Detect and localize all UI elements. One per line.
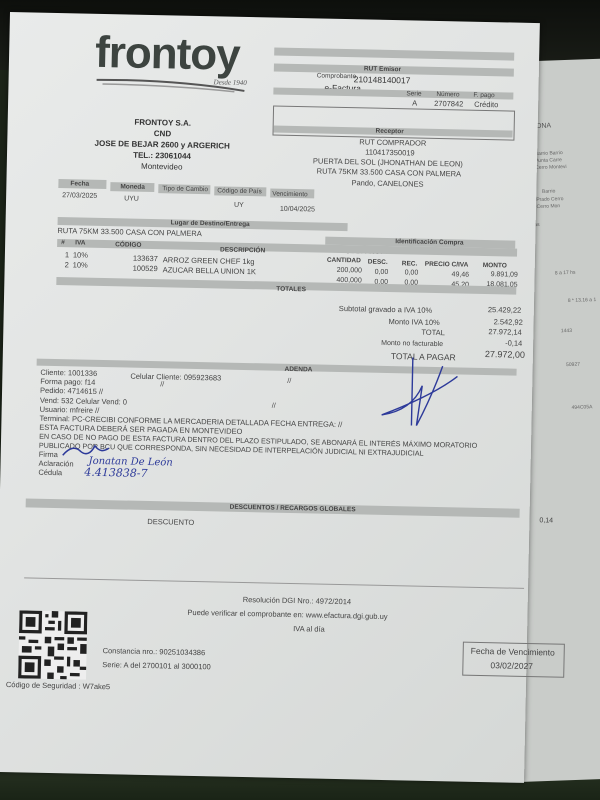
qr-code-icon[interactable] bbox=[18, 610, 87, 679]
separator: // bbox=[160, 381, 164, 388]
bg-text: Barrio bbox=[542, 188, 556, 194]
bg-text: Prado Cerro bbox=[536, 196, 563, 203]
col-desc: DESC. bbox=[368, 259, 388, 266]
tipo-pago-value: Crédito bbox=[474, 100, 498, 110]
meta-fecha: 27/03/2025 bbox=[62, 192, 97, 200]
descuentos-value: 0,14 bbox=[539, 517, 553, 524]
subtotal-label: Subtotal gravado a IVA 10% bbox=[339, 304, 432, 315]
bg-text: 8 a 17 hs bbox=[555, 270, 576, 277]
adenda-label: ADENDA bbox=[285, 366, 313, 374]
bg-text: 50927 bbox=[566, 362, 580, 368]
rut-emisor-value: 210148140017 bbox=[354, 74, 411, 85]
codigo-seguridad: Código de Seguridad : W7ake5 bbox=[6, 680, 110, 691]
total-a-pagar-value: 27.972,00 bbox=[485, 349, 525, 360]
destino-value: RUTA 75KM 33.500 CASA CON PALMERA bbox=[57, 226, 202, 238]
firma-label: Firma bbox=[39, 450, 58, 459]
bg-text: 1443 bbox=[561, 328, 572, 334]
serie-label: Serie bbox=[406, 90, 421, 97]
cedula-handwritten: 4.413838-7 bbox=[84, 466, 147, 480]
emitter-address: JOSE DE BEJAR 2600 y ARGERICH bbox=[82, 139, 242, 151]
totals-label: TOTALES bbox=[276, 286, 306, 294]
rut-comprador-value: 110417350019 bbox=[365, 147, 415, 157]
meta-vencimiento: 10/04/2025 bbox=[280, 206, 315, 214]
col-codigo: CÓDIGO bbox=[115, 241, 142, 249]
separator: // bbox=[272, 403, 276, 410]
vencimiento-label: Fecha de Vencimiento bbox=[471, 646, 555, 658]
meta-header-codigo-pais: Código de País bbox=[217, 187, 262, 195]
col-monto: MONTO bbox=[483, 262, 507, 270]
col-descripcion: DESCRIPCIÓN bbox=[220, 246, 265, 254]
cedula-label: Cédula bbox=[38, 468, 62, 477]
receptor-label: Receptor bbox=[376, 128, 404, 136]
col-iva: IVA bbox=[75, 239, 86, 246]
tipo-pago-label: F. pago bbox=[473, 92, 494, 99]
header-bar bbox=[274, 48, 514, 61]
comprobante-label: Comprobante bbox=[317, 72, 357, 80]
descuento-item: DESCUENTO bbox=[147, 517, 194, 527]
serie-value: A bbox=[412, 98, 417, 107]
identificacion-label: Identificación Compra bbox=[395, 238, 463, 246]
iva-value: 2.542,92 bbox=[494, 317, 523, 327]
meta-pais: UY bbox=[234, 202, 244, 209]
brand-logo: frontoy bbox=[95, 28, 241, 81]
bg-text: Barrio Barrio bbox=[535, 150, 563, 157]
total-value: 27.972,14 bbox=[488, 327, 522, 337]
footer-divider bbox=[24, 577, 524, 588]
bg-text: Punta Carre bbox=[535, 157, 562, 164]
meta-moneda: UYU bbox=[124, 195, 139, 202]
meta-header-moneda: Moneda bbox=[120, 183, 145, 191]
pedido: Pedido: 4714615 // bbox=[40, 386, 103, 396]
meta-header-vencimiento: Vencimiento bbox=[272, 191, 308, 199]
vencimiento-value: 03/02/2027 bbox=[490, 660, 533, 671]
invoice-paper: frontoy Desde 1940 RUT Emisor 2101481400… bbox=[0, 12, 540, 783]
col-rec: REC. bbox=[402, 260, 418, 267]
rut-comprador-label: RUT COMPRADOR bbox=[359, 137, 426, 147]
emitter-city: Montevideo bbox=[82, 161, 242, 173]
meta-header-fecha: Fecha bbox=[70, 180, 89, 187]
receptor-city: Pando, CANELONES bbox=[351, 178, 423, 189]
bg-text: 8 * 13.16 a 1 bbox=[568, 297, 597, 304]
rut-emisor-label: RUT Emisor bbox=[364, 65, 401, 73]
col-num: # bbox=[61, 239, 65, 246]
numero-value: 2707842 bbox=[434, 99, 463, 109]
bg-text: Cerro Mon bbox=[536, 203, 560, 210]
firma-signature-icon bbox=[61, 441, 111, 460]
emitter-phone: TEL.: 23061044 bbox=[82, 150, 242, 162]
subtotal-value: 25.429,22 bbox=[488, 305, 522, 315]
iva-label: Monto IVA 10% bbox=[389, 317, 440, 327]
serie-rango: Serie: A del 2700101 al 3000100 bbox=[102, 660, 211, 671]
constancia: Constancia nro.: 90251034386 bbox=[103, 646, 206, 657]
bg-text: 494C05A bbox=[571, 404, 592, 411]
iva-al-dia: IVA al día bbox=[293, 624, 325, 634]
bg-text: Cerro Montevi bbox=[535, 164, 567, 171]
verificar-link[interactable]: Puede verificar el comprobante en: www.e… bbox=[187, 608, 387, 621]
emitter-branch: CND bbox=[82, 128, 242, 140]
no-facturable-value: -0,14 bbox=[505, 338, 522, 347]
total-label: TOTAL bbox=[421, 328, 445, 337]
receptor-address: RUTA 75KM 33.500 CASA CON PALMERA bbox=[317, 166, 462, 178]
meta-header-tipo-cambio: Tipo de Cambio bbox=[162, 185, 208, 193]
no-facturable-label: Monto no facturable bbox=[381, 340, 443, 348]
celular-cliente: Celular Cliente: 095923683 bbox=[130, 372, 221, 383]
separator: // bbox=[287, 378, 291, 385]
numero-label: Número bbox=[436, 91, 459, 98]
col-precio: PRECIO C/IVA bbox=[425, 261, 469, 269]
emitter-name: FRONTOY S.A. bbox=[83, 117, 243, 129]
col-cantidad: CANTIDAD bbox=[327, 257, 361, 265]
resolucion-dgi: Resolución DGI Nro.: 4972/2014 bbox=[243, 595, 352, 606]
brand-tagline: Desde 1940 bbox=[213, 78, 246, 87]
signature-icon bbox=[371, 355, 463, 437]
